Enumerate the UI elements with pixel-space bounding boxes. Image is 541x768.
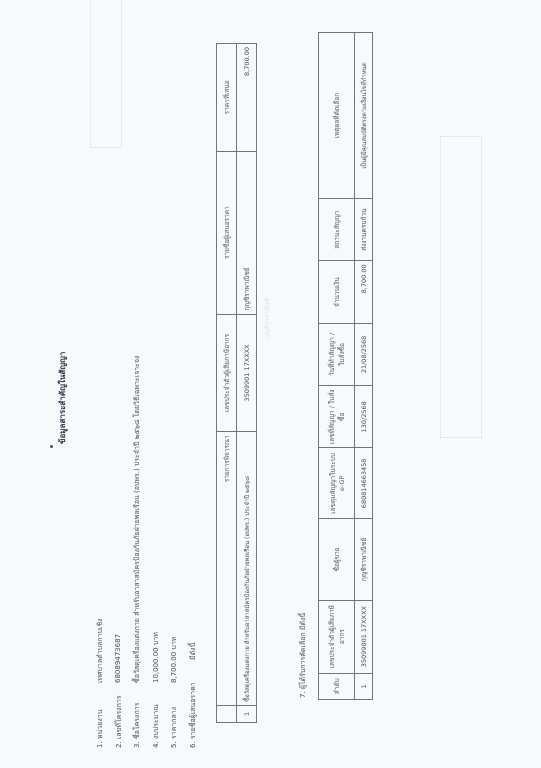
cell-status: ส่งงานครบถ้วน [355,199,373,261]
col-header-amount: จำนวนเงิน [319,261,355,323]
cell-egp-no: 680814663458 [355,448,373,519]
bullet-dot [50,445,53,448]
item-project-name-label: 3. ชื่อโครงการ [132,703,143,748]
bleed-through-table [440,136,482,438]
item-project-name-value: ซื้อวัสดุเครื่องแต่งกาย สำหรับอาสาสมัครป… [132,356,143,683]
item-bidders-value: มีดังนี้ [188,643,199,660]
col-header-contract-date: วันที่ทำสัญญา / ใบสั่งซื้อ [319,323,355,385]
col-header-reason: เหตุผลที่คัดเลือก [319,33,355,199]
item-bidders-label: 6. รายชื่อผู้เสนอราคา [188,682,199,748]
item-agency-label: 1. หน่วยงาน [95,710,106,748]
item-budget-value: 10,000.00 บาท [151,632,162,683]
cell-tax-id: 35099001 17XXXX [355,600,373,673]
col-header-bidder-name: รายชื่อผู้เสนอราคา [217,151,237,314]
cell-tax-id: 3509901 17XXXX [237,314,257,432]
table-row: 1 ซื้อวัสดุเครื่องแต่งกาย สำหรับอาสาสมัค… [237,44,257,723]
item-budget-label: 4. งบประมาณ [151,704,162,748]
scanned-document-page: ข้อมูลสาระสำคัญในสัญญา 1. หน่วยงาน เทศบา… [0,0,541,768]
item-project-no-value: 68089473687 [114,634,122,683]
cell-reason: เป็นผู้มีคุณสมบัติตรงตามเงื่อนไขที่กำหนด [355,33,373,199]
cell-vendor: กุญชิราพาณิชย์ [355,519,373,600]
section7-label: 7. ผู้ได้รับการคัดเลือก มีดังนี้ [298,613,309,698]
col-header-index: ลำดับ [319,673,355,699]
col-header-vendor: ชื่อผู้ขาย [319,519,355,600]
item-project-no-label: 2. เลขที่โครงการ [114,695,125,748]
col-header-item: รายการพิจารณา [217,432,237,706]
cell-index: 1 [355,673,373,699]
col-header-tax-id: เลขประจำตัวผู้เสียภาษีอากร [217,314,237,432]
col-header-contract-no: เลขที่สัญญา / ใบสั่งซื้อ [319,386,355,448]
table-header-row: ลำดับ เลขประจำตัวผู้เสียภาษีอากร ชื่อผู้… [319,33,355,700]
table-header-row: รายการพิจารณา เลขประจำตัวผู้เสียภาษีอากร… [217,44,237,723]
cell-bidder-name: กุญชิราพาณิชย์ [237,151,257,314]
winners-table: ลำดับ เลขประจำตัวผู้เสียภาษีอากร ชื่อผู้… [318,32,373,700]
col-header-price: ราคาที่เสนอ [217,44,237,152]
cell-index: 1 [237,705,257,722]
cell-price: 8,700.00 [237,44,257,152]
col-header-status: สถานะสัญญา [319,199,355,261]
item-agency-value: เทศบาลตำบลกาบเชิง [95,619,106,684]
item-median-price-value: 8,700.00 บาท [169,637,180,683]
col-header-egp-no: เลขคุมสัญญาในระบบ e-GP [319,448,355,519]
col-header-index [217,705,237,722]
col-header-tax-id: เลขประจำตัวผู้เสียภาษีอากร [319,600,355,673]
cell-item: ซื้อวัสดุเครื่องแต่งกาย สำหรับอาสาสมัครป… [237,432,257,706]
bleed-through-table [90,0,122,148]
table-row: 1 35099001 17XXXX กุญชิราพาณิชย์ 6808146… [355,33,373,700]
bidders-table: รายการพิจารณา เลขประจำตัวผู้เสียภาษีอากร… [216,43,257,723]
faint-stamp-text: กุญชิราพาณิชย์ [262,298,272,338]
cell-contract-no: 130/2568 [355,386,373,448]
cell-contract-date: 21/08/2568 [355,323,373,385]
document-title: ข้อมูลสาระสำคัญในสัญญา [56,352,69,444]
item-median-price-label: 5. ราคากลาง [169,707,180,748]
cell-amount: 8,700.00 [355,261,373,323]
